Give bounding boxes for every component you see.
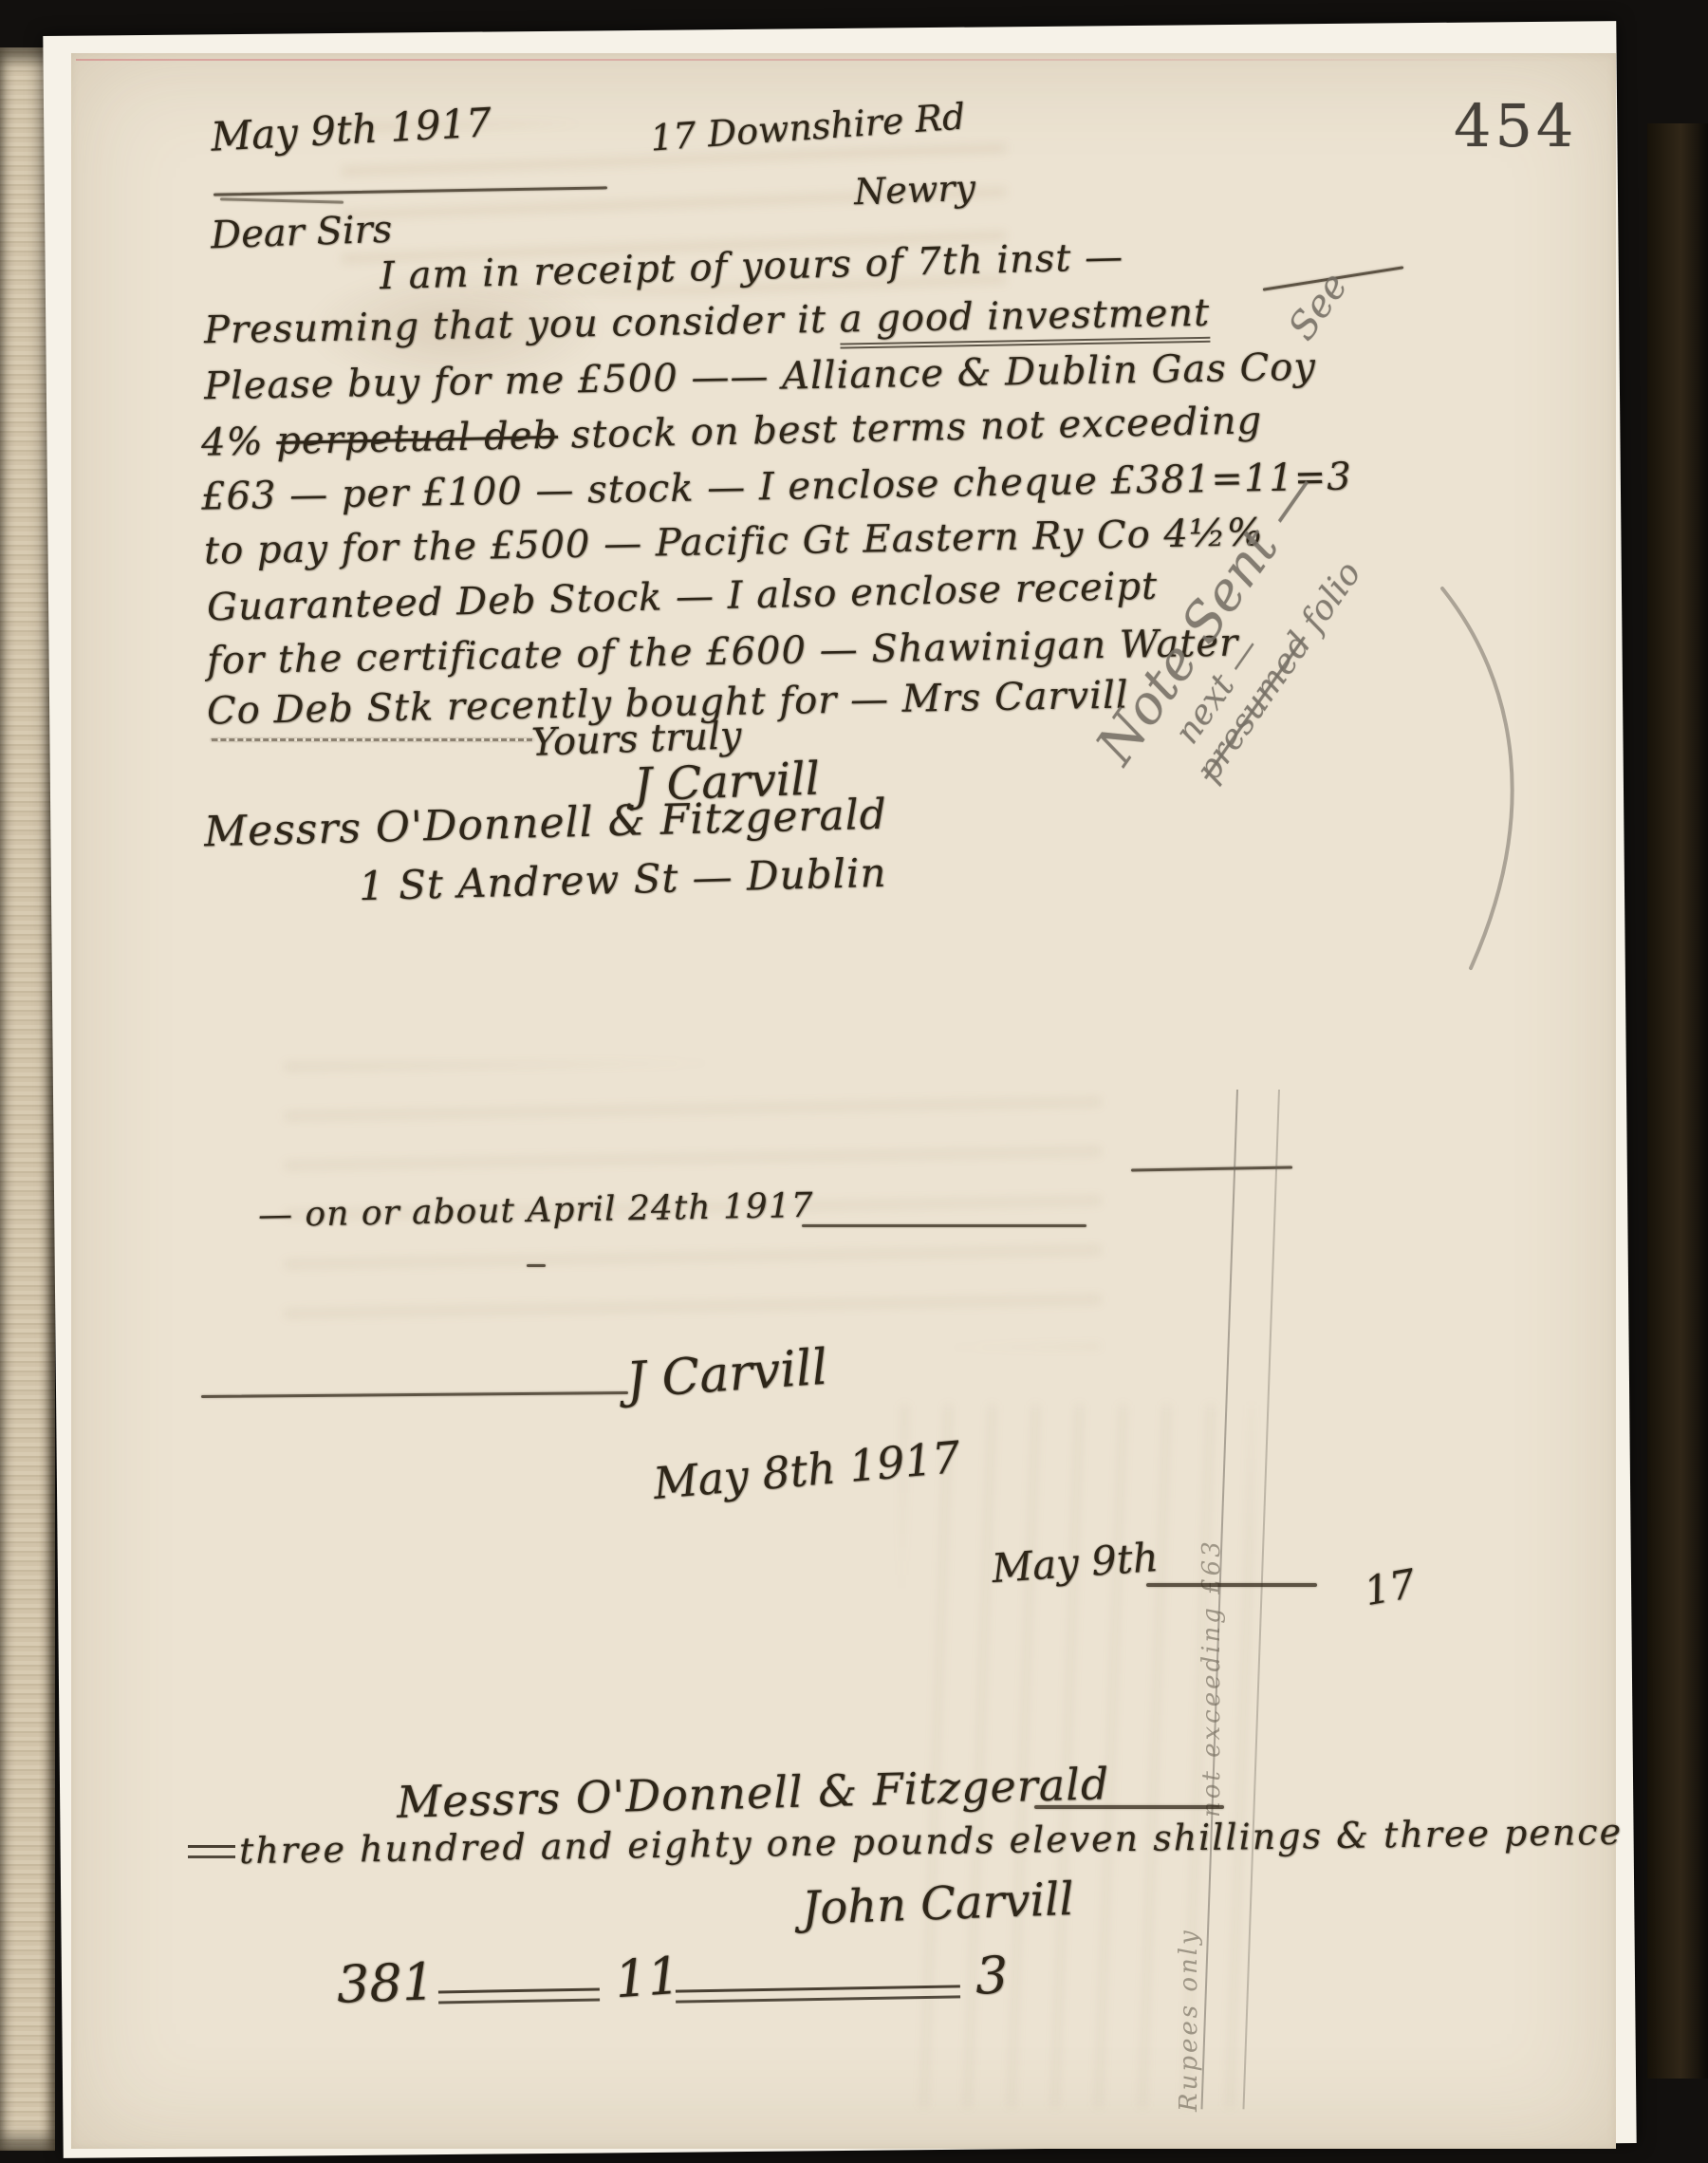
cheque-signature: John Carvill <box>801 1873 1074 1935</box>
pencil-curve-stroke <box>1423 569 1556 987</box>
page-number: 454 <box>1454 91 1577 160</box>
vertical-note-2: Rupees only <box>1175 1884 1203 2112</box>
payee-rule <box>1034 1805 1224 1809</box>
amount-rule-1 <box>438 1988 600 2005</box>
amount-pounds: 381 <box>336 1951 436 2015</box>
folio-number: 17 <box>1361 1560 1419 1615</box>
amount-shillings: 11 <box>613 1946 682 2010</box>
line9-underline <box>211 738 533 741</box>
body-line-4-text: 4% <box>201 420 277 465</box>
sender-address-line2: Newry <box>853 167 975 213</box>
struck-phrase: perpetual deb <box>276 414 559 463</box>
salutation: Dear Sirs <box>210 208 393 258</box>
vertical-note-1: not exceeding £63 <box>1197 1485 1226 1818</box>
amount-pence: 3 <box>975 1945 1010 2005</box>
amount-leading-dash <box>188 1845 235 1858</box>
underlined-phrase: a good investment <box>839 291 1210 349</box>
memo-line-rule <box>802 1224 1086 1227</box>
memo-tick <box>527 1264 546 1267</box>
red-margin-rule <box>76 59 1575 61</box>
scanned-letterbook-page: 454 May 9th 1917 17 Downshire Rd Newry D… <box>0 0 1708 2163</box>
cheque-date-rule <box>1146 1583 1317 1587</box>
book-cover-edge <box>1647 123 1708 2079</box>
